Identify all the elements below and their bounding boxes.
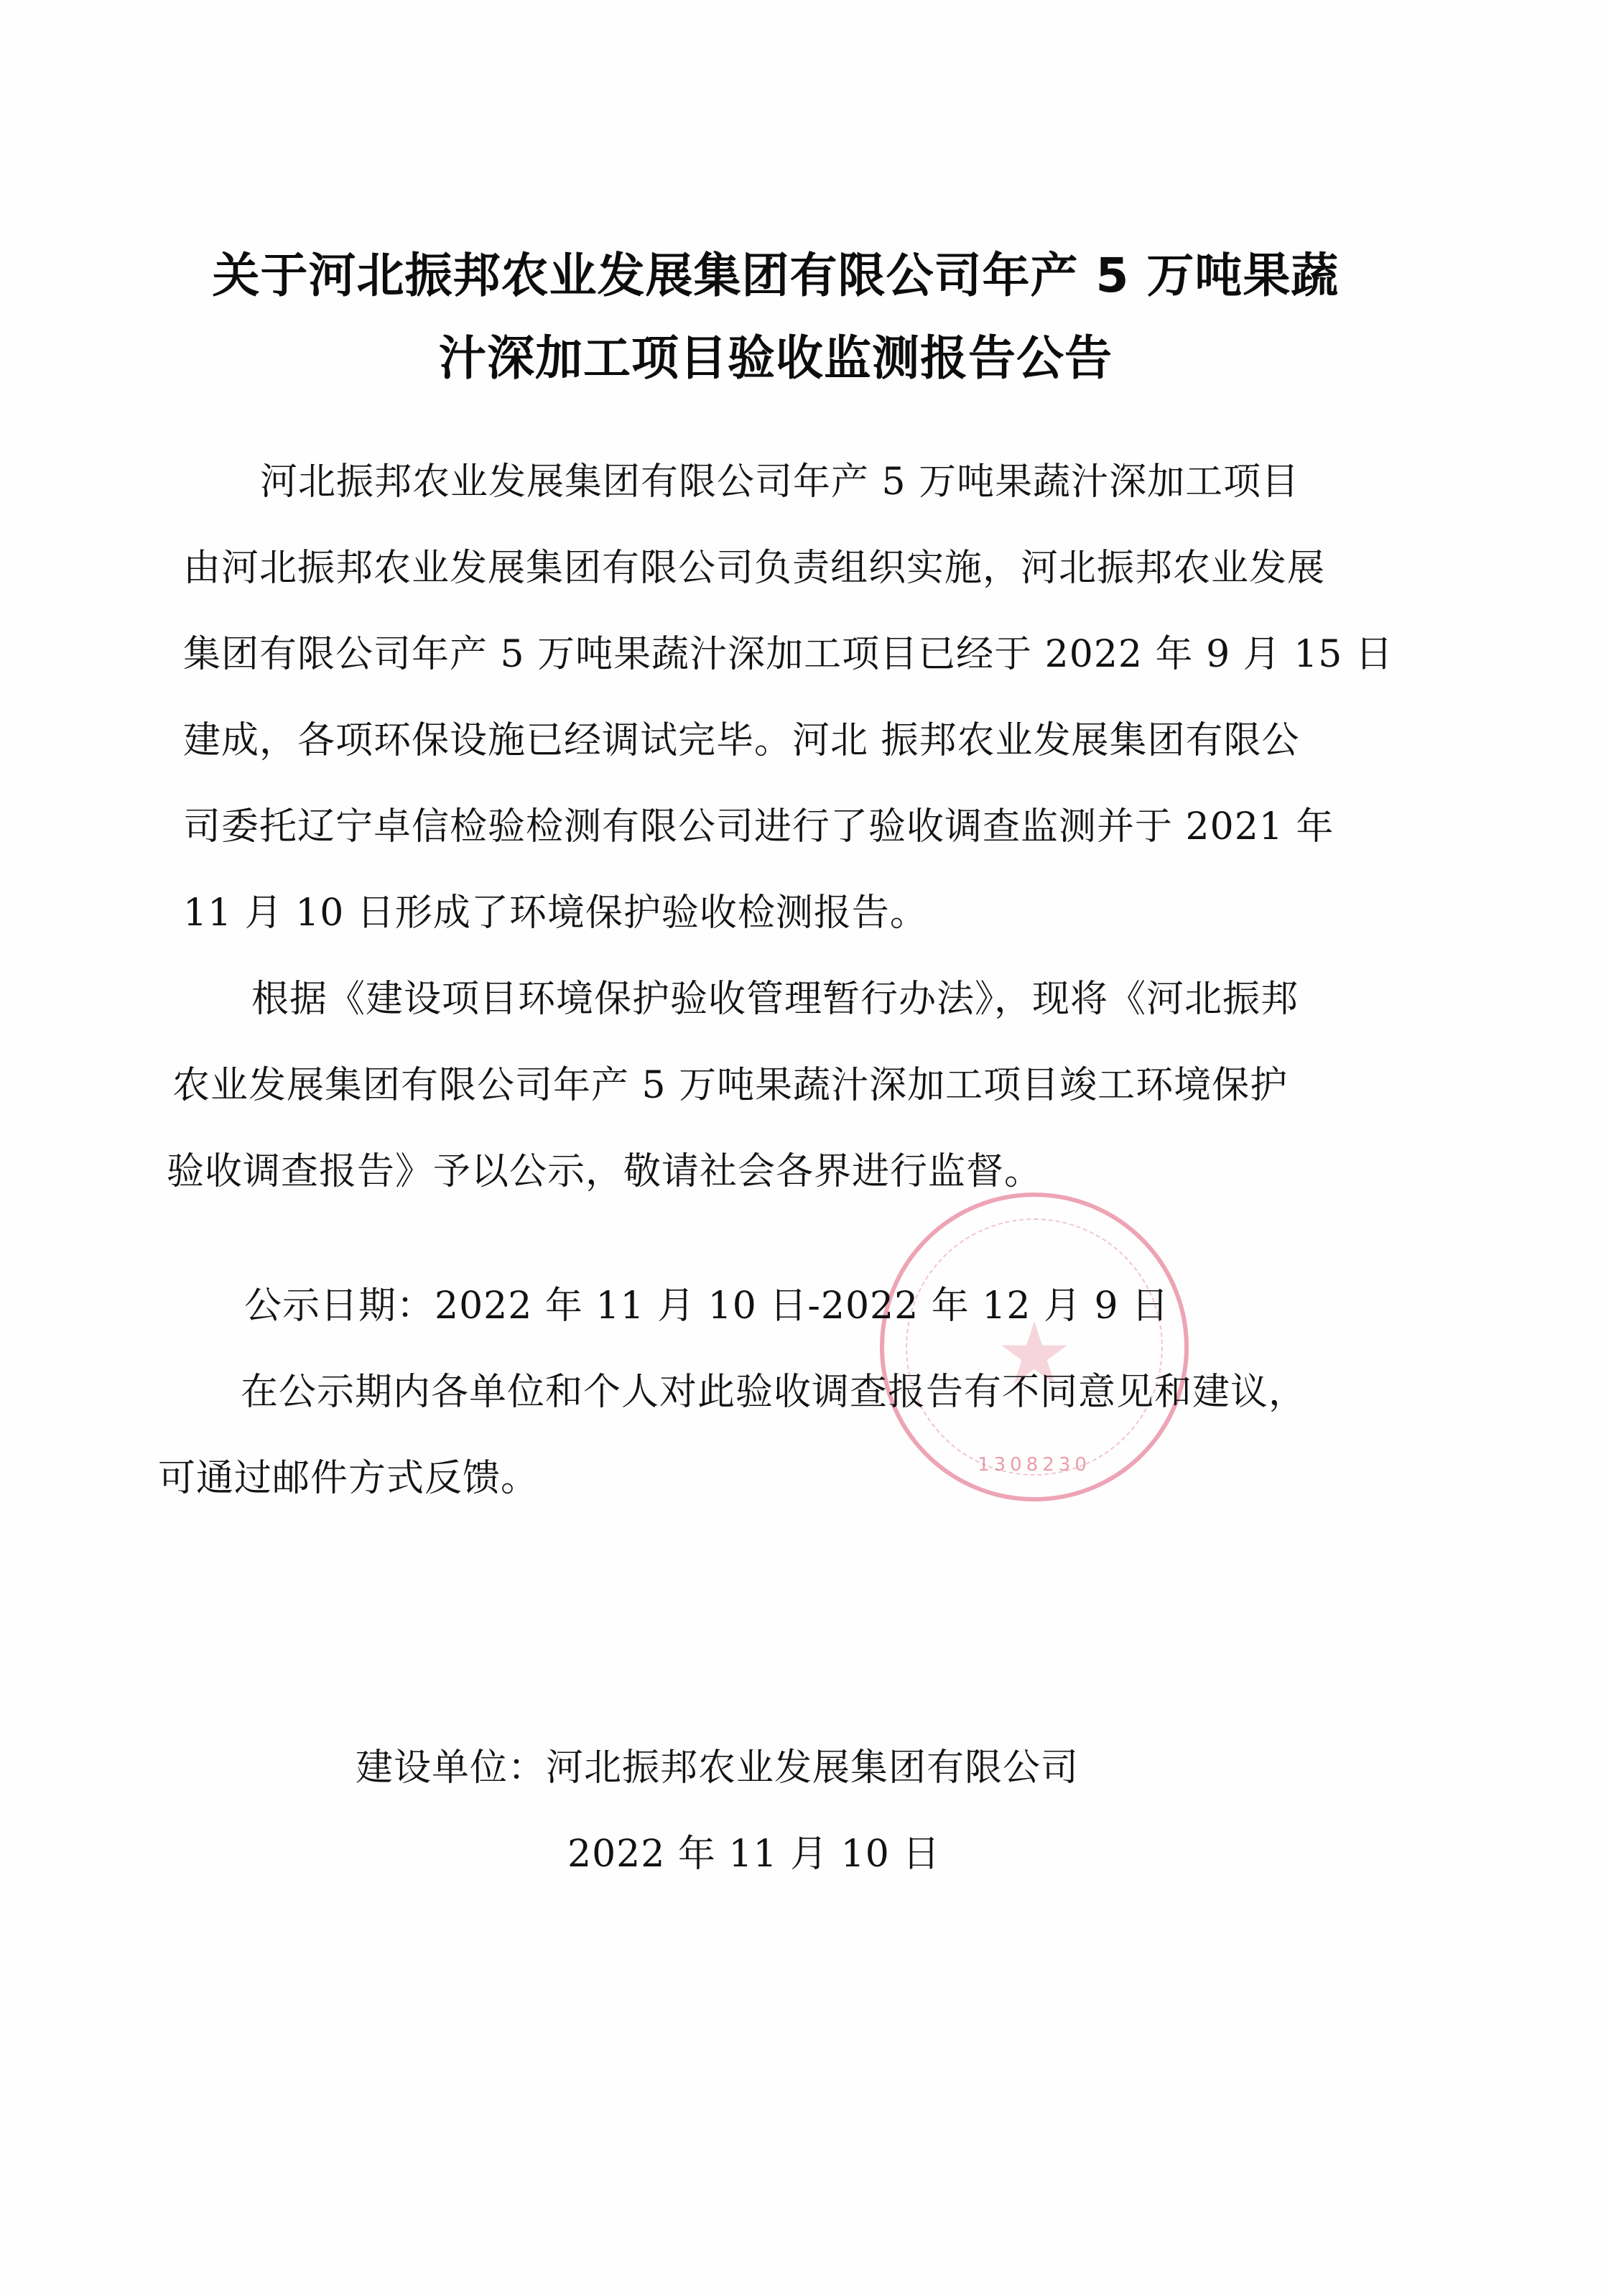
document-title-line-2: 汁深加工项目验收监测报告公告 [187,320,1365,388]
paragraph-line: 根据《建设项目环境保护验收管理暂行办法》，现将《河北振邦 [251,968,1299,1022]
paragraph-line: 可通过邮件方式反馈。 [158,1448,539,1501]
paragraph-line: 集团有限公司年产 5 万吨果蔬汁深加工项目已经于 2022 年 9 月 15 日 [183,624,1393,677]
seal-inner-ring [906,1218,1163,1476]
paragraph-line: 农业发展集团有限公司年产 5 万吨果蔬汁深加工项目竣工环境保护 [172,1055,1288,1108]
paragraph-line: 司委托辽宁卓信检验检测有限公司进行了验收调查监测并于 2021 年 [183,796,1334,850]
document-page: 关于河北振邦农业发展集团有限公司年产 5 万吨果蔬 汁深加工项目验收监测报告公告… [0,0,1606,2296]
seal-code: 1308230 [884,1454,1184,1476]
paragraph-line: 建成，各项环保设施已经调试完毕。河北 振邦农业发展集团有限公 [183,710,1300,764]
signature-date: 2022 年 11 月 10 日 [567,1823,940,1877]
document-title-line-1: 关于河北振邦农业发展集团有限公司年产 5 万吨果蔬 [187,237,1365,305]
paragraph-line: 河北振邦农业发展集团有限公司年产 5 万吨果蔬汁深加工项目 [260,451,1299,505]
paragraph-line: 在公示期内各单位和个人对此验收调查报告有不同意见和建议， [241,1361,1306,1415]
official-seal-stamp: ★ 1308230 [880,1193,1189,1501]
paragraph-line: 由河北振邦农业发展集团有限公司负责组织实施，河北振邦农业发展 [183,537,1325,591]
publicity-period: 公示日期：2022 年 11 月 10 日-2022 年 12 月 9 日 [244,1275,1169,1329]
paragraph-line: 11 月 10 日形成了环境保护验收检测报告。 [183,882,928,936]
construction-unit: 建设单位：河北振邦农业发展集团有限公司 [356,1737,1079,1791]
paragraph-line: 验收调查报告》予以公示，敬请社会各界进行监督。 [167,1141,1042,1195]
